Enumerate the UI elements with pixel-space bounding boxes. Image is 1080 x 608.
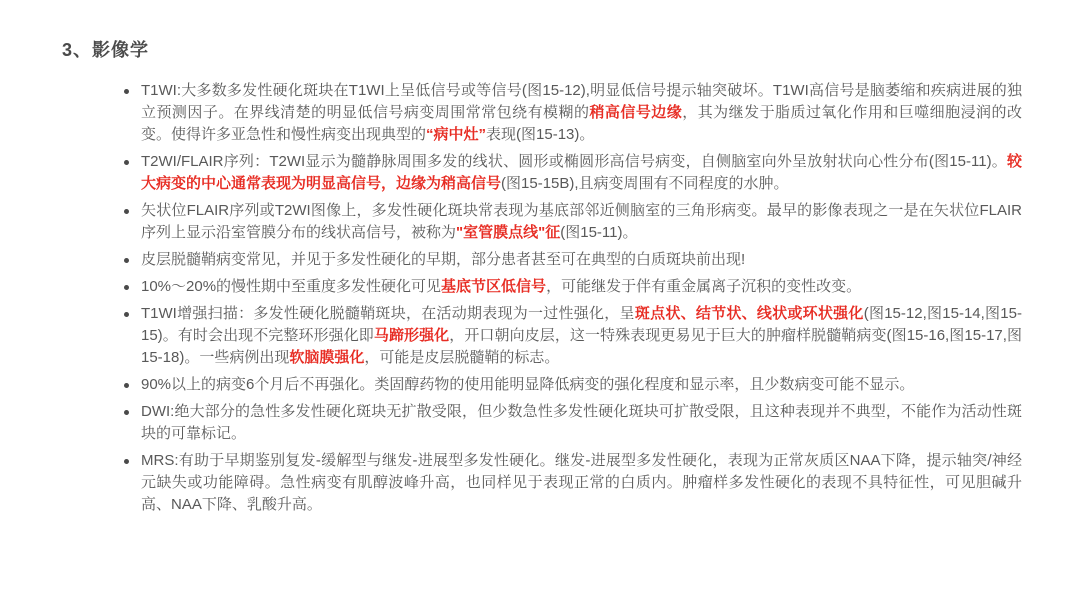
highlighted-text-run: 斑点状、结节状、线状或环状强化 bbox=[635, 305, 864, 322]
text-run: MRS:有助于早期鉴别复发-缓解型与继发-进展型多发性硬化。继发-进展型多发性硬… bbox=[141, 452, 1022, 513]
text-run: 10%～20%的慢性期中至重度多发性硬化可见 bbox=[141, 278, 441, 295]
list-item: T2WI/FLAIR序列：T2WI显示为髓静脉周围多发的线状、圆形或椭圆形高信号… bbox=[122, 151, 1022, 195]
text-run: T1WI增强扫描：多发性硬化脱髓鞘斑块，在活动期表现为一过性强化，呈 bbox=[141, 305, 635, 322]
bullet-list: T1WI:大多数多发性硬化斑块在T1WI上呈低信号或等信号(图15-12),明显… bbox=[122, 80, 1022, 521]
text-run: 表现(图15-13)。 bbox=[486, 126, 594, 143]
list-item: MRS:有助于早期鉴别复发-缓解型与继发-进展型多发性硬化。继发-进展型多发性硬… bbox=[122, 450, 1022, 516]
text-run: T2WI/FLAIR序列：T2WI显示为髓静脉周围多发的线状、圆形或椭圆形高信号… bbox=[141, 153, 1007, 170]
highlighted-text-run: 软脑膜强化 bbox=[289, 349, 364, 366]
text-run: ，可能继发于伴有重金属离子沉积的变性改变。 bbox=[546, 278, 861, 295]
list-item: 10%～20%的慢性期中至重度多发性硬化可见基底节区低信号，可能继发于伴有重金属… bbox=[122, 276, 1022, 298]
highlighted-text-run: 基底节区低信号 bbox=[441, 278, 546, 295]
list-item: T1WI:大多数多发性硬化斑块在T1WI上呈低信号或等信号(图15-12),明显… bbox=[122, 80, 1022, 146]
text-run: ，可能是皮层脱髓鞘的标志。 bbox=[364, 349, 559, 366]
text-run: (图15-11)。 bbox=[560, 224, 637, 241]
highlighted-text-run: "室管膜点线"征 bbox=[456, 224, 560, 241]
list-item: 90%以上的病变6个月后不再强化。类固醇药物的使用能明显降低病变的强化程度和显示… bbox=[122, 374, 1022, 396]
text-run: 90%以上的病变6个月后不再强化。类固醇药物的使用能明显降低病变的强化程度和显示… bbox=[141, 376, 914, 393]
text-run: DWI:绝大部分的急性多发性硬化斑块无扩散受限，但少数急性多发性硬化斑块可扩散受… bbox=[141, 403, 1022, 442]
list-item: 皮层脱髓鞘病变常见，并见于多发性硬化的早期，部分患者甚至可在典型的白质斑块前出现… bbox=[122, 249, 1022, 271]
highlighted-text-run: 马蹄形强化 bbox=[374, 327, 449, 344]
text-run: 皮层脱髓鞘病变常见，并见于多发性硬化的早期，部分患者甚至可在典型的白质斑块前出现… bbox=[141, 251, 745, 268]
slide: 3、影像学 T1WI:大多数多发性硬化斑块在T1WI上呈低信号或等信号(图15-… bbox=[0, 0, 1080, 608]
list-item: T1WI增强扫描：多发性硬化脱髓鞘斑块，在活动期表现为一过性强化，呈斑点状、结节… bbox=[122, 303, 1022, 369]
section-heading: 3、影像学 bbox=[62, 36, 149, 62]
list-item: DWI:绝大部分的急性多发性硬化斑块无扩散受限，但少数急性多发性硬化斑块可扩散受… bbox=[122, 401, 1022, 445]
text-run: (图15-15B),且病变周围有不同程度的水肿。 bbox=[501, 175, 789, 192]
list-item: 矢状位FLAIR序列或T2WI图像上，多发性硬化斑块常表现为基底部邻近侧脑室的三… bbox=[122, 200, 1022, 244]
highlighted-text-run: “病中灶” bbox=[426, 126, 486, 143]
highlighted-text-run: 稍高信号边缘 bbox=[589, 104, 682, 121]
